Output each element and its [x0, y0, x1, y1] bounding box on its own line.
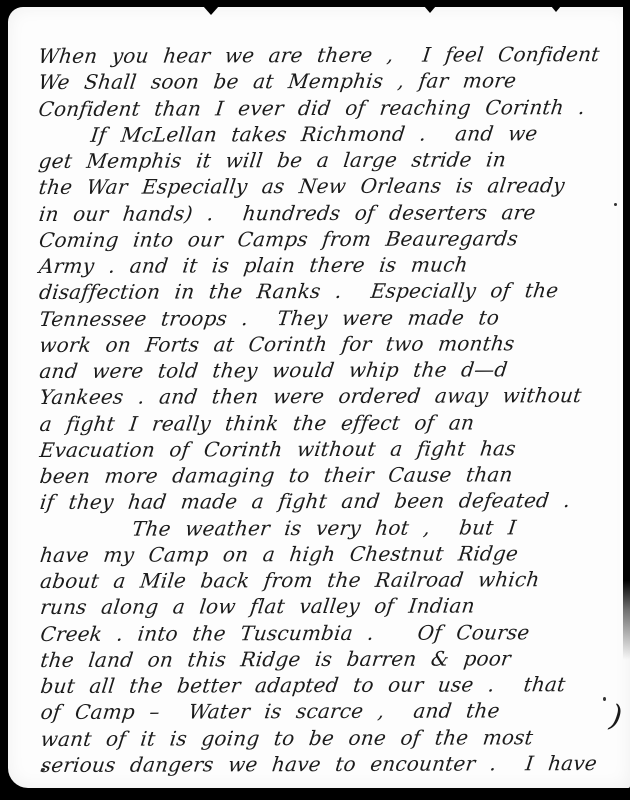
handwritten-line: disaffection in the Ranks . Especially o…	[38, 278, 619, 306]
handwritten-line: want of it is going to be one of the mos…	[39, 724, 620, 752]
scan-edge-notch	[551, 6, 561, 12]
handwritten-line: the land on this Ridge is barren & poor	[39, 646, 620, 674]
handwritten-line: Evacuation of Corinth without a fight ha…	[38, 436, 619, 464]
handwritten-line: Creek . into the Tuscumbia . Of Course	[39, 619, 620, 647]
scan-speck	[614, 203, 617, 206]
scan-edge-notch	[203, 6, 219, 15]
scan-background: When you hear we are there , I feel Conf…	[0, 0, 630, 800]
handwritten-line: We Shall soon be at Memphis , far more	[37, 68, 618, 96]
scan-edge-right	[623, 0, 630, 660]
scan-speck	[41, 768, 45, 771]
handwritten-line: the War Especially as New Orleans is alr…	[37, 173, 618, 201]
handwritten-line: Army . and it is plain there is much	[38, 252, 619, 280]
handwritten-line: When you hear we are there , I feel Conf…	[37, 42, 618, 70]
handwritten-line: runs along a low flat valley of Indian	[39, 593, 620, 621]
handwritten-line: Confident than I ever did of reaching Co…	[37, 94, 618, 122]
scan-edge-notch	[424, 6, 436, 13]
handwritten-line: Tennessee troops . They were made to	[38, 304, 619, 332]
handwritten-line: in our hands) . hundreds of deserters ar…	[37, 199, 618, 227]
handwritten-line: If McLellan takes Richmond . and we	[37, 121, 618, 149]
handwritten-line: serious dangers we have to encounter . I…	[39, 751, 620, 779]
handwritten-line: been more damaging to their Cause than	[38, 462, 619, 490]
handwritten-line: have my Camp on a high Chestnut Ridge	[39, 541, 620, 569]
handwritten-line: The weather is very hot , but I	[38, 514, 619, 542]
letter-page: When you hear we are there , I feel Conf…	[8, 7, 630, 788]
handwritten-line: and were told they would whip the d—d	[38, 357, 619, 385]
handwritten-line: Yankees . and then were ordered away wit…	[38, 383, 619, 411]
handwritten-line: work on Forts at Corinth for two months	[38, 331, 619, 359]
handwritten-line: about a Mile back from the Railroad whic…	[39, 567, 620, 595]
handwritten-line: of Camp – Water is scarce , and the	[39, 698, 620, 726]
scan-speck	[603, 697, 606, 701]
handwritten-line: a fight I really think the effect of an	[38, 409, 619, 437]
handwritten-line: but all the better adapted to our use . …	[39, 672, 620, 700]
handwritten-line: Coming into our Camps from Beauregards	[37, 226, 618, 254]
handwritten-line: if they had made a fight and been defeat…	[38, 488, 619, 516]
handwritten-line: get Memphis it will be a large stride in	[37, 147, 618, 175]
handwritten-text: When you hear we are there , I feel Conf…	[37, 42, 618, 779]
